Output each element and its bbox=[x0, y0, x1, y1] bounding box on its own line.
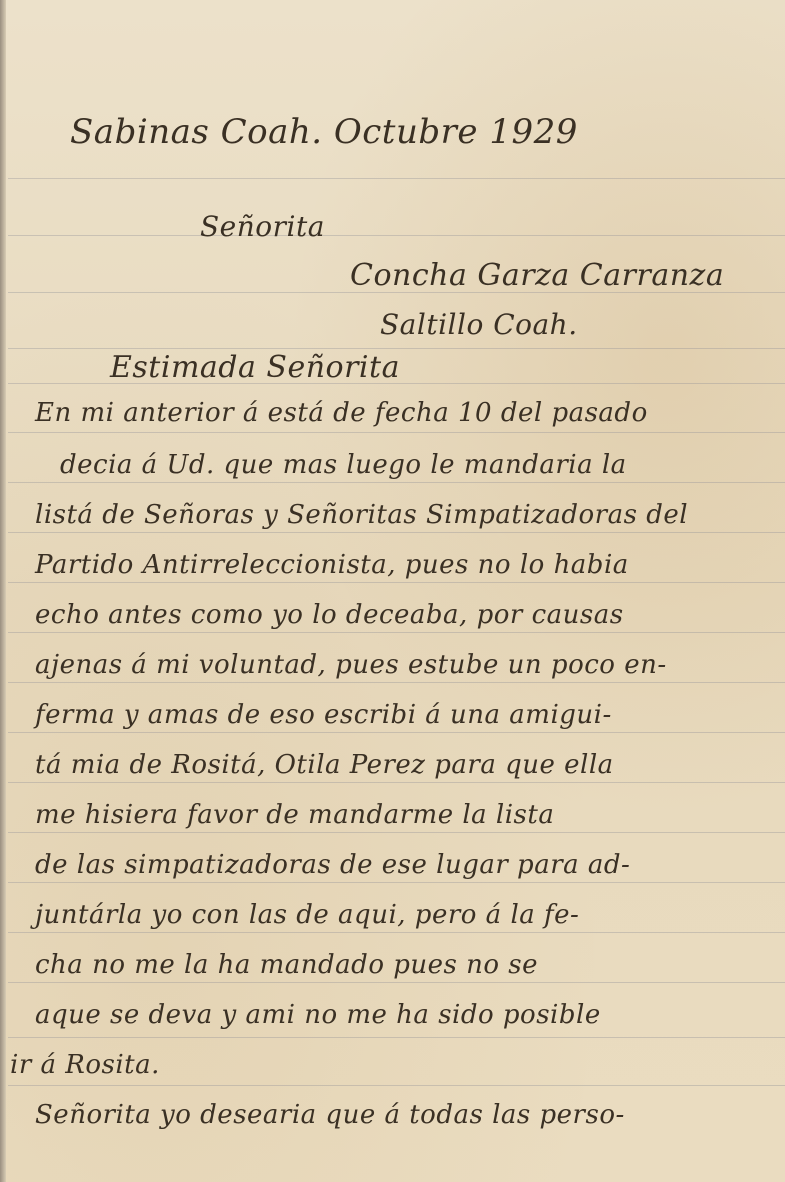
dateline: Sabinas Coah. Octubre 1929 bbox=[70, 112, 578, 152]
ruled-line bbox=[8, 782, 785, 783]
ruled-line bbox=[8, 178, 785, 179]
body-line: cha no me la ha mandado pues no se bbox=[35, 950, 538, 980]
page-edge bbox=[0, 0, 6, 1182]
letter-page: Sabinas Coah. Octubre 1929 Señorita Conc… bbox=[0, 0, 785, 1182]
ruled-line bbox=[8, 235, 785, 236]
recipient-place: Saltillo Coah. bbox=[380, 308, 578, 341]
ruled-line bbox=[8, 982, 785, 983]
recipient-name: Concha Garza Carranza bbox=[350, 258, 724, 293]
body-line: decia á Ud. que mas luego le mandaria la bbox=[60, 450, 627, 480]
ruled-line bbox=[8, 632, 785, 633]
body-line: me hisiera favor de mandarme la lista bbox=[35, 800, 554, 830]
ruled-line bbox=[8, 1085, 785, 1086]
body-line: En mi anterior á está de fecha 10 del pa… bbox=[35, 398, 648, 428]
ruled-line bbox=[8, 732, 785, 733]
body-line: aque se deva y ami no me ha sido posible bbox=[35, 1000, 601, 1030]
ruled-line bbox=[8, 532, 785, 533]
greeting: Estimada Señorita bbox=[110, 350, 400, 385]
ruled-line bbox=[8, 1037, 785, 1038]
body-line: Partido Antirreleccionista, pues no lo h… bbox=[35, 550, 629, 580]
body-line: ir á Rosita. bbox=[10, 1050, 160, 1080]
ruled-line bbox=[8, 348, 785, 349]
body-line: Señorita yo desearia que á todas las per… bbox=[35, 1100, 625, 1130]
ruled-line bbox=[8, 882, 785, 883]
ruled-line bbox=[8, 432, 785, 433]
body-line: ajenas á mi voluntad, pues estube un poc… bbox=[35, 650, 667, 680]
ruled-line bbox=[8, 682, 785, 683]
body-line: tá mia de Rositá, Otila Perez para que e… bbox=[35, 750, 614, 780]
ruled-line bbox=[8, 582, 785, 583]
salutation-title: Señorita bbox=[200, 210, 325, 243]
body-line: juntárla yo con las de aqui, pero á la f… bbox=[35, 900, 579, 930]
ruled-line bbox=[8, 832, 785, 833]
body-line: de las simpatizadoras de ese lugar para … bbox=[35, 850, 630, 880]
body-line: ferma y amas de eso escribi á una amigui… bbox=[35, 700, 612, 730]
body-line: echo antes como yo lo deceaba, por causa… bbox=[35, 600, 624, 630]
body-line: listá de Señoras y Señoritas Simpatizado… bbox=[35, 500, 688, 530]
ruled-line bbox=[8, 482, 785, 483]
ruled-line bbox=[8, 932, 785, 933]
